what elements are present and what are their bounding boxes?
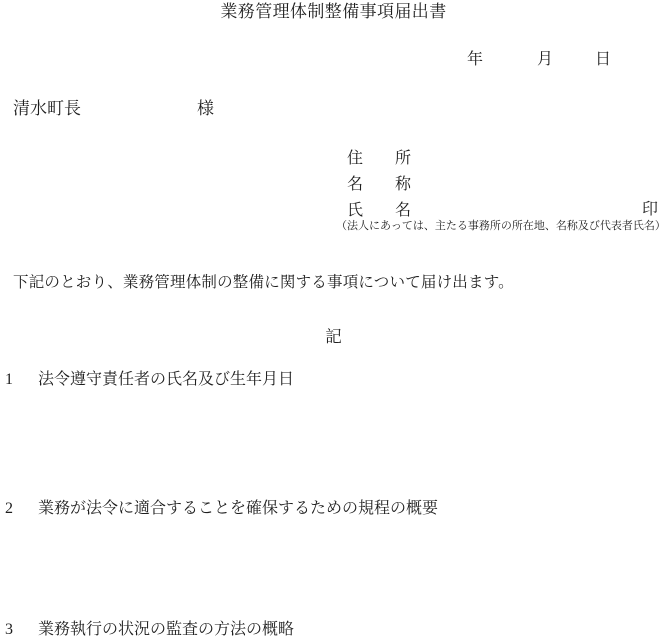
corporate-note: （法人にあっては、主たる事務所の所在地、名称及び代表者氏名）	[336, 220, 666, 233]
document-title: 業務管理体制整備事項届出書	[0, 2, 667, 22]
item-text: 業務が法令に適合することを確保するための規程の概要	[38, 500, 438, 517]
item-number: 3	[5, 620, 38, 639]
item-text: 法令遵守責任者の氏名及び生年月日	[38, 371, 294, 388]
record-marker: 記	[0, 327, 667, 347]
declaration-text: 下記のとおり、業務管理体制の整備に関する事項について届け出ます。	[13, 274, 514, 293]
date-year-label: 年	[467, 50, 483, 69]
date-day-label: 日	[595, 50, 611, 69]
name-label: 名 称	[347, 175, 411, 194]
list-item: 2業務が法令に適合することを確保するための規程の概要	[5, 499, 438, 518]
date-month-label: 月	[537, 50, 553, 69]
item-number: 2	[5, 499, 38, 518]
list-item: 1法令遵守責任者の氏名及び生年月日	[5, 370, 294, 389]
seal-mark: 印	[642, 200, 658, 219]
addressee-honorific: 様	[197, 99, 214, 119]
person-name-label: 氏 名	[347, 201, 411, 220]
document-page: 業務管理体制整備事項届出書 年 月 日 清水町長 様 住 所 名 称 氏 名 印…	[0, 0, 667, 640]
item-number: 1	[5, 370, 38, 389]
item-text: 業務執行の状況の監査の方法の概略	[38, 621, 294, 638]
list-item: 3業務執行の状況の監査の方法の概略	[5, 620, 294, 639]
addressee-name: 清水町長	[13, 99, 81, 119]
address-label: 住 所	[347, 149, 411, 168]
